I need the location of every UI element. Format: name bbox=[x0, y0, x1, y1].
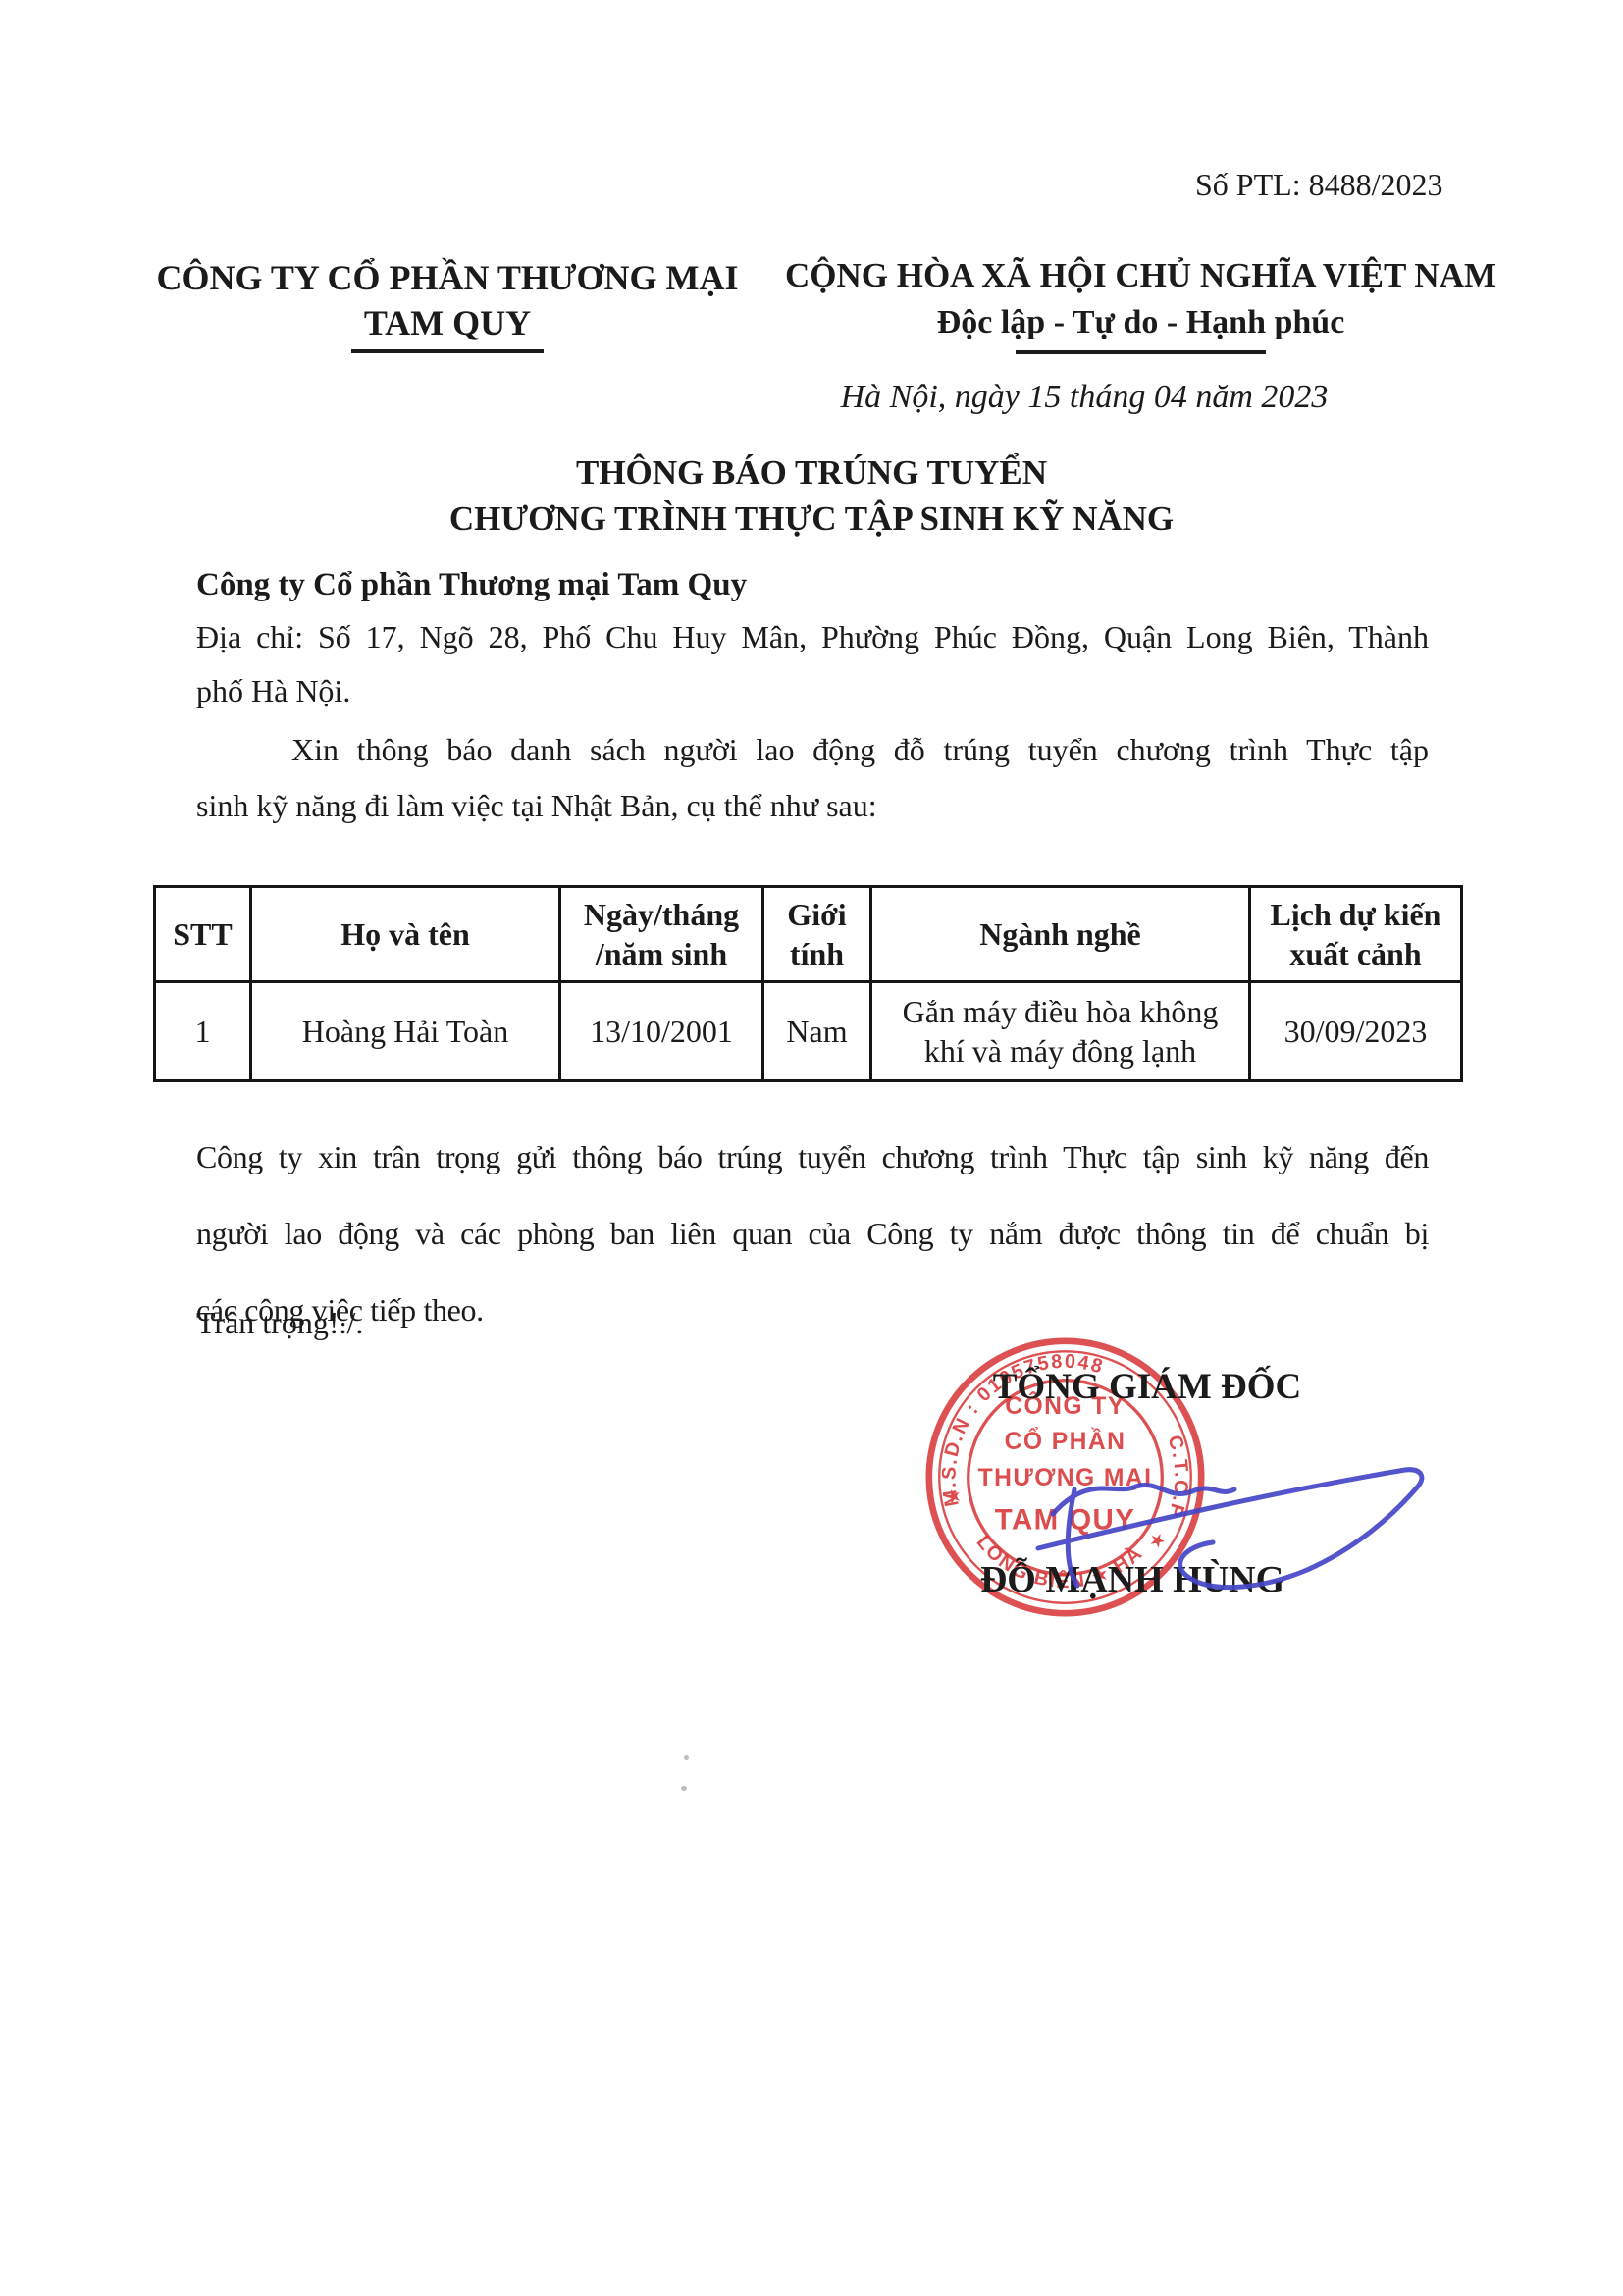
company-header: CÔNG TY CỔ PHẦN THƯƠNG MẠI TAM QUY bbox=[147, 257, 748, 353]
address-line1: Địa chỉ: Số 17, Ngõ 28, Phố Chu Huy Mân,… bbox=[196, 610, 1429, 664]
handwritten-signature bbox=[1021, 1421, 1433, 1622]
company-name-paragraph: Công ty Cổ phần Thương mại Tam Quy bbox=[196, 567, 1429, 603]
col-header-gender: Giới tính bbox=[763, 887, 871, 982]
cell-birthdate: 13/10/2001 bbox=[560, 982, 763, 1081]
cell-stt: 1 bbox=[155, 982, 251, 1081]
national-motto: Độc lập - Tự do - Hạnh phúc bbox=[780, 303, 1501, 342]
closing-line2: người lao động và các phòng ban liên qua… bbox=[196, 1195, 1429, 1272]
address-paragraph: Địa chỉ: Số 17, Ngõ 28, Phố Chu Huy Mân,… bbox=[196, 610, 1429, 718]
scanned-document-page: { "doc": { "number": "Số PTL: 8488/2023"… bbox=[0, 0, 1623, 2296]
intro-line2: sinh kỹ năng đi làm việc tại Nhật Bản, c… bbox=[196, 778, 1429, 834]
document-title-line2: CHƯƠNG TRÌNH THỰC TẬP SINH KỸ NĂNG bbox=[0, 496, 1623, 542]
company-header-underline bbox=[351, 349, 544, 353]
col-header-occupation: Ngành nghề bbox=[871, 887, 1250, 982]
col-header-departure: Lịch dự kiến xuất cảnh bbox=[1250, 887, 1462, 982]
company-header-line2: TAM QUY bbox=[147, 302, 748, 343]
national-header-line1: CỘNG HÒA XÃ HỘI CHỦ NGHĨA VIỆT NAM bbox=[780, 255, 1501, 296]
closing-paragraph: Công ty xin trân trọng gửi thông báo trú… bbox=[196, 1119, 1429, 1348]
intro-line1: Xin thông báo danh sách người lao động đ… bbox=[196, 722, 1429, 778]
table-header-row: STT Họ và tên Ngày/tháng /năm sinh Giới … bbox=[155, 887, 1462, 982]
cell-name: Hoàng Hải Toàn bbox=[251, 982, 560, 1081]
table-row: 1 Hoàng Hải Toàn 13/10/2001 Nam Gắn máy … bbox=[155, 982, 1462, 1081]
col-header-name: Họ và tên bbox=[251, 887, 560, 982]
cell-gender: Nam bbox=[763, 982, 871, 1081]
intro-paragraph: Xin thông báo danh sách người lao động đ… bbox=[196, 722, 1429, 834]
cell-departure: 30/09/2023 bbox=[1250, 982, 1462, 1081]
document-number: Số PTL: 8488/2023 bbox=[1195, 167, 1442, 203]
national-header-underline bbox=[1016, 350, 1266, 354]
address-line2: phố Hà Nội. bbox=[196, 664, 1429, 718]
closing-line3: các công việc tiếp theo. bbox=[196, 1272, 1429, 1348]
dateline: Hà Nội, ngày 15 tháng 04 năm 2023 bbox=[785, 379, 1384, 416]
document-title-line1: THÔNG BÁO TRÚNG TUYỂN bbox=[0, 449, 1623, 496]
closing-line1: Công ty xin trân trọng gửi thông báo trú… bbox=[196, 1119, 1429, 1195]
results-table: STT Họ và tên Ngày/tháng /năm sinh Giới … bbox=[153, 885, 1463, 1082]
scan-artifact bbox=[684, 1755, 689, 1760]
regards-line: Trân trọng!./. bbox=[196, 1305, 363, 1341]
document-title: THÔNG BÁO TRÚNG TUYỂN CHƯƠNG TRÌNH THỰC … bbox=[0, 449, 1623, 542]
company-header-line1: CÔNG TY CỔ PHẦN THƯƠNG MẠI bbox=[147, 257, 748, 298]
signer-title: TỔNG GIÁM ĐỐC bbox=[975, 1366, 1319, 1408]
col-header-stt: STT bbox=[155, 887, 251, 982]
national-header: CỘNG HÒA XÃ HỘI CHỦ NGHĨA VIỆT NAM Độc l… bbox=[780, 255, 1501, 354]
cell-occupation: Gắn máy điều hòa không khí và máy đông l… bbox=[871, 982, 1250, 1081]
col-header-birthdate: Ngày/tháng /năm sinh bbox=[560, 887, 763, 982]
scan-artifact bbox=[681, 1786, 687, 1791]
